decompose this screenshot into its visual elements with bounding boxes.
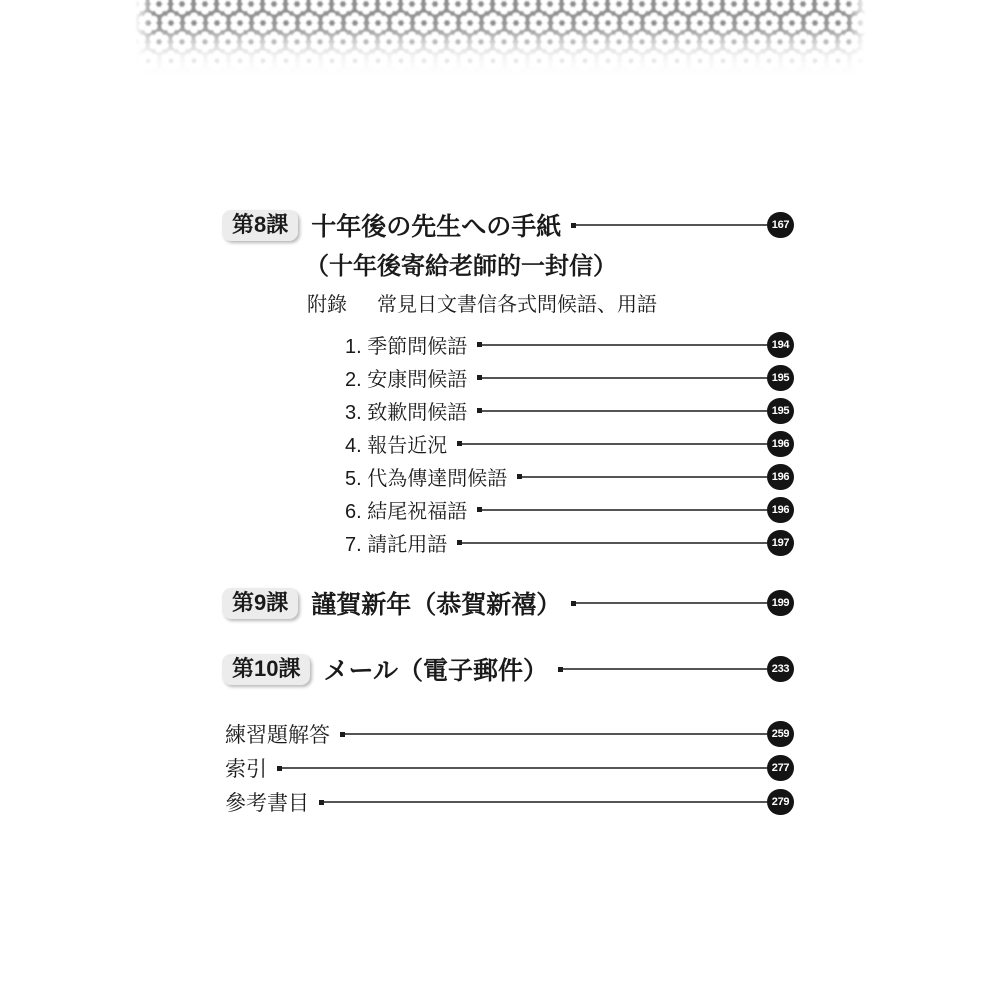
lesson8-title: 十年後の先生への手紙 <box>311 207 561 243</box>
toc-sub-entry: 4. 報告近況 196 <box>345 427 794 460</box>
sub-entry-title: 7. 請託用語 <box>345 528 447 557</box>
toc-sub-entry: 6. 結尾祝福語 196 <box>345 493 794 526</box>
page-number-badge: 167 <box>767 212 794 238</box>
toc-entry-answers: 練習題解答 259 <box>225 717 794 751</box>
leader-line <box>457 441 767 446</box>
leader-line <box>277 766 767 771</box>
leader-line <box>477 375 767 380</box>
lesson8-label-badge: 第8課 <box>222 210 298 241</box>
page-number-badge: 195 <box>767 365 794 391</box>
page-number-badge: 233 <box>767 656 794 682</box>
page-number-badge: 196 <box>767 431 794 457</box>
sub-entry-title: 1. 季節問候語 <box>345 330 467 359</box>
back-entry-title: 參考書目 <box>225 787 309 817</box>
back-entry-title: 索引 <box>225 753 267 783</box>
leader-line <box>319 800 767 805</box>
toc-entry-lesson8: 第8課 十年後の先生への手紙 167 <box>222 205 794 245</box>
leader-line <box>457 540 767 545</box>
back-matter-section: 練習題解答 259 索引 277 參考書目 279 <box>222 717 794 819</box>
banner-fade-overlay <box>135 0 866 85</box>
appendix-title: 常見日文書信各式問候語、用語 <box>377 293 657 317</box>
toc-sub-entry: 2. 安康問候語 195 <box>345 361 794 394</box>
toc-entry-index: 索引 277 <box>225 751 794 785</box>
sub-entry-title: 5. 代為傳達問候語 <box>345 462 507 491</box>
leader-line <box>477 408 767 413</box>
leader-line <box>571 601 767 606</box>
lesson8-sub-items: 1. 季節問候語 194 2. 安康問候語 195 3. 致歉問候語 195 4… <box>222 328 794 559</box>
page-number-badge: 277 <box>767 755 794 781</box>
lesson8-appendix-heading: 附錄 常見日文書信各式問候語、用語 <box>307 293 794 317</box>
leader-line <box>517 474 767 479</box>
page-number-badge: 195 <box>767 398 794 424</box>
page-number-badge: 194 <box>767 332 794 358</box>
leader-line <box>477 507 767 512</box>
toc-sub-entry: 1. 季節問候語 194 <box>345 328 794 361</box>
toc-sub-entry: 5. 代為傳達問候語 196 <box>345 460 794 493</box>
toc-sub-entry: 3. 致歉問候語 195 <box>345 394 794 427</box>
lesson10-title: メール（電子郵件） <box>323 651 548 687</box>
sub-entry-title: 6. 結尾祝福語 <box>345 495 467 524</box>
sub-entry-title: 4. 報告近況 <box>345 429 447 458</box>
page-number-badge: 196 <box>767 497 794 523</box>
page-number-badge: 259 <box>767 721 794 747</box>
table-of-contents: 第8課 十年後の先生への手紙 167 （十年後寄給老師的一封信） 附錄 常見日文… <box>222 205 794 819</box>
page-number-badge: 199 <box>767 590 794 616</box>
sub-entry-title: 3. 致歉問候語 <box>345 396 467 425</box>
leader-line <box>340 732 767 737</box>
sub-entry-title: 2. 安康問候語 <box>345 363 467 392</box>
leader-line <box>558 667 767 672</box>
floral-pattern-banner <box>135 0 866 85</box>
toc-entry-bibliography: 參考書目 279 <box>225 785 794 819</box>
book-toc-page: 第8課 十年後の先生への手紙 167 （十年後寄給老師的一封信） 附錄 常見日文… <box>0 0 1000 1000</box>
lesson9-label-badge: 第9課 <box>222 588 298 619</box>
page-number-badge: 197 <box>767 530 794 556</box>
appendix-label: 附錄 <box>307 293 347 317</box>
leader-line <box>571 223 767 228</box>
toc-entry-lesson9: 第9課 謹賀新年（恭賀新禧） 199 <box>222 583 794 623</box>
leader-line <box>477 342 767 347</box>
toc-entry-lesson10: 第10課 メール（電子郵件） 233 <box>222 649 794 689</box>
lesson9-title: 謹賀新年（恭賀新禧） <box>311 585 561 621</box>
lesson8-subtitle: （十年後寄給老師的一封信） <box>305 253 794 281</box>
page-number-badge: 279 <box>767 789 794 815</box>
toc-sub-entry: 7. 請託用語 197 <box>345 526 794 559</box>
page-number-badge: 196 <box>767 464 794 490</box>
back-entry-title: 練習題解答 <box>225 719 330 749</box>
lesson10-label-badge: 第10課 <box>222 654 310 685</box>
